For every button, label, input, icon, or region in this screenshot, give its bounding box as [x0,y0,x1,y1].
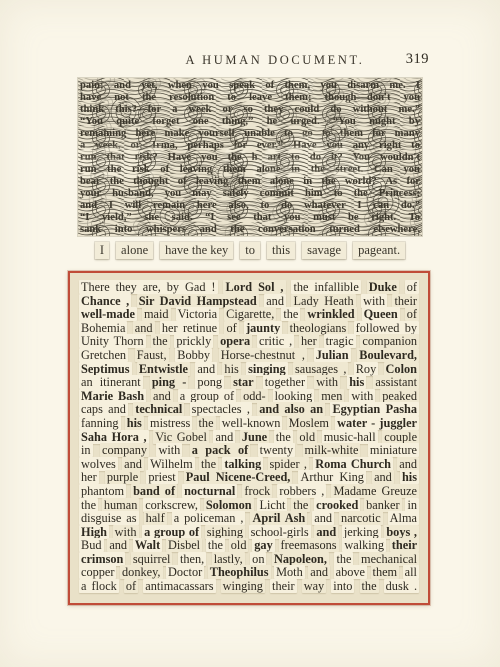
obscured-text: of leaving them [160,164,245,175]
pasted-word-fragment: Chance , [79,294,131,308]
pasted-word-fragment: and also an [257,402,325,416]
pasted-word-fragment: in [405,498,419,512]
pasted-word-fragment: frock [242,484,272,498]
pasted-word-fragment: mistress [148,416,192,430]
pasted-word-fragment: on [250,552,266,566]
pasted-word-fragment: the [334,552,353,566]
pasted-word-fragment: tragic [324,334,356,348]
pasted-word-fragment: of [405,307,419,321]
text-line: “I yield,” she said. “I see that you mus… [78,212,422,224]
pasted-word-fragment: Sir David Hampstead [137,294,259,308]
pasted-word-fragment: and [151,389,173,403]
text-line: an itinerant ping - pong star together w… [79,376,419,390]
pasted-word-fragment: band of [131,484,177,498]
pasted-word-fragment: her [79,470,99,484]
pasted-word-fragment: the [281,307,300,321]
obscured-text: As for [385,176,420,187]
pasted-word-fragment: and [314,525,338,539]
pasted-word-fragment: and [397,457,419,471]
pasted-word-fragment: robbers , [277,484,326,498]
pasted-word-fragment: freemasons [279,538,339,552]
scribble-art-panel: pain; and yet, when you speak of them, y… [78,78,422,236]
text-line: There they are, by Gad ! Lord Sol , the … [79,281,419,295]
pasted-word-fragment: boys , [384,525,419,539]
pasted-word-fragment: milk-white [303,443,361,457]
pasted-word-fragment: Theophilus [208,565,271,579]
pasted-word-fragment: Moslem [287,416,331,430]
pasted-word-fragment: men [319,389,344,403]
pasted-word-fragment: the [360,579,379,593]
pasted-word-fragment: twenty [258,443,295,457]
pasted-word-fragment: Marie Bash [79,389,146,403]
obscured-text: have not the resolution to leave them; t… [80,92,420,103]
pasted-word-fragment: his [400,470,419,484]
pasted-word-fragment: Madame Greuze [331,484,419,498]
pasted-word-fragment: Disbel [166,538,202,552]
top-art-lines: pain; and yet, when you speak of them, y… [78,80,422,236]
pasted-word-fragment: copper [79,565,116,579]
pasted-word-fragment: way [302,579,327,593]
pasted-word-fragment: star [231,375,256,389]
pasted-word-fragment: disguise as [79,511,139,525]
pasted-word-fragment: and [312,511,334,525]
pasted-word-fragment: singing [246,362,288,376]
pasted-word-fragment: her [299,334,319,348]
text-line: her purple priest Paul Nicene-Creed, Art… [79,471,419,485]
pasted-word-fragment: peaked [380,389,419,403]
top-art-block: pain; and yet, when you speak of them, y… [78,78,422,259]
caption-word: this [267,242,295,259]
text-line: disguise as half a policeman , April Ash… [79,512,419,526]
page-number: 319 [406,51,429,68]
pasted-word-fragment: jaunty [244,321,282,335]
pasted-word-fragment: Septimus [79,362,132,376]
pasted-word-fragment: followed by [354,321,419,335]
pasted-word-fragment: fanning [79,416,121,430]
obscured-text: “I yield,” she said. “I see that you mus… [80,212,420,223]
pasted-word-fragment: sausages , [293,362,348,376]
caption-word: to [240,242,260,259]
collage-text-block: There they are, by Gad ! Lord Sol , the … [68,271,430,605]
pasted-word-fragment: Cigarette, [224,307,276,321]
text-line: have not the resolution to leave them; t… [78,92,422,104]
pasted-word-fragment: Saha Hora , [79,430,149,444]
text-line: fanning his mistress the well-known Mosl… [79,417,419,431]
revealed-text-fragment: you speak of them, [202,80,310,91]
pasted-word-fragment: technical [133,402,184,416]
pasted-word-fragment: antimacassars [143,579,215,593]
pasted-word-fragment: the [206,538,225,552]
pasted-word-fragment: into [331,579,354,593]
pasted-word-fragment: and [195,362,217,376]
pasted-word-fragment: well-known [220,416,283,430]
pasted-word-fragment: then, [178,552,206,566]
pasted-word-fragment: the infallible [291,280,360,294]
pasted-word-fragment: spectacles , [190,402,252,416]
pasted-word-fragment: prickly [174,334,213,348]
pasted-word-fragment: and [213,430,235,444]
pasted-word-fragment: their [270,579,297,593]
pasted-word-fragment: companion [360,334,419,348]
pasted-word-fragment: jerking [342,525,381,539]
pasted-word-fragment: their [392,294,419,308]
pasted-word-fragment: and [122,457,144,471]
text-line: caps and technical spectacles , and also… [79,403,419,417]
revealed-text-fragment: Have you [293,140,343,151]
pasted-word-fragment: Entwistle [137,362,190,376]
pasted-word-fragment: opera [218,334,252,348]
pasted-word-fragment: water - juggler [335,416,419,430]
pasted-word-fragment: lastly, [212,552,245,566]
pasted-word-fragment: well-made [79,307,137,321]
caption-word: savage [302,242,346,259]
pasted-word-fragment: Vic Gobel [153,430,209,444]
pasted-word-fragment: Moth [274,565,305,579]
pasted-word-fragment: Victoria [176,307,220,321]
pasted-word-fragment: donkey, [120,565,162,579]
revealed-text-fragment: run the risk [80,164,150,175]
pasted-word-fragment: them [371,565,400,579]
pasted-word-fragment: purple [105,470,140,484]
pasted-word-fragment: Unity Thorn [79,334,146,348]
pasted-word-fragment: Gretchen [79,348,128,362]
pasted-word-fragment: school-girls [249,525,311,539]
obscured-text: your husband, you may safely commit him … [80,188,420,199]
pasted-word-fragment: Doctor [166,565,204,579]
pasted-word-fragment: Roma Church [313,457,393,471]
pasted-word-fragment: the [291,498,310,512]
pasted-word-fragment: assistant [373,375,419,389]
pasted-word-fragment: critic , [257,334,294,348]
pasted-word-fragment: Alma [388,511,419,525]
pasted-word-fragment: squirrel [131,552,173,566]
pasted-word-fragment: Queen [362,307,400,321]
pasted-word-fragment: old [229,538,249,552]
revealed-text-fragment: alone in the street. [256,164,363,175]
obscured-text: h [252,152,258,163]
obscured-text: sank into whispers and the conversation … [80,224,420,235]
pasted-word-fragment: and [372,470,394,484]
caption-word: pageant. [353,242,405,259]
pasted-word-fragment: walking [342,538,386,552]
pasted-word-fragment: with [349,389,375,403]
pasted-word-fragment: company [100,443,149,457]
pasted-word-fragment: the [274,430,293,444]
obscured-text: Have you [168,152,218,163]
pasted-word-fragment: his [125,416,144,430]
text-line: Unity Thorn the prickly opera critic , h… [79,335,419,349]
pasted-word-fragment: crimson [79,552,125,566]
text-line: well-made maid Victoria Cigarette, the w… [79,308,419,322]
revealed-text-fragment: the [228,152,242,163]
pasted-word-fragment: Paul Nicene-Creed, [184,470,293,484]
pasted-word-fragment: with [156,443,182,457]
caption-word: I [95,242,109,259]
text-line: sank into whispers and the conversation … [78,224,422,236]
pasted-word-fragment: High [79,525,109,539]
pasted-word-fragment: couple [382,430,419,444]
pasted-word-fragment: talking [222,457,263,471]
pasted-word-fragment: of [405,280,419,294]
pasted-word-fragment: Duke [367,280,399,294]
revealed-text-fragment: run that risk? [80,152,158,163]
pasted-word-fragment: wrinkled [305,307,356,321]
text-line: phantom band of nocturnal frock robbers … [79,485,419,499]
revealed-text-fragment: art to do it? [268,152,343,163]
pasted-word-fragment: a policeman , [172,511,246,525]
obscured-text: remaining here make yourself unable to g… [80,128,420,139]
pasted-word-fragment: ping - [150,375,188,389]
pasted-word-fragment: maid [142,307,171,321]
pasted-word-fragment: old [297,430,317,444]
pasted-word-fragment: phantom [79,484,126,498]
pasted-word-fragment: human [102,498,139,512]
pasted-word-fragment: Bobby [175,348,212,362]
pasted-word-fragment: wolves [79,457,118,471]
pasted-word-fragment: Faust, [135,348,169,362]
pasted-word-fragment: a group of [142,525,201,539]
obscured-text: think this?—for a week or so they could … [80,104,420,115]
text-line: Gretchen Faust, Bobby Horse-chestnut , J… [79,349,419,363]
pasted-word-fragment: There they are, by Gad ! [79,280,218,294]
text-line: pain; and yet, when you speak of them, y… [78,80,422,92]
text-line: “You quite forget one thing,” he urged. … [78,116,422,128]
pasted-word-fragment: with [361,294,387,308]
pasted-word-fragment: Boulevard, [357,348,419,362]
pasted-word-fragment: Walt [133,538,162,552]
pasted-word-fragment: and [107,538,129,552]
pasted-word-fragment: of [124,579,138,593]
pasted-word-fragment: a flock [79,579,119,593]
obscured-text: “You quite forget one thing,” he urged. … [80,116,420,127]
pasted-word-fragment: miniature [368,443,419,457]
obscured-text: and I will remain here also, to do whate… [80,200,420,211]
pasted-word-fragment: crooked [314,498,360,512]
pasted-word-fragment: half [144,511,167,525]
pasted-word-fragment: and [308,565,330,579]
pasted-word-fragment: gay [252,538,274,552]
pasted-word-fragment: a group of [178,389,236,403]
text-line: think this?—for a week or so they could … [78,104,422,116]
pasted-word-fragment: her retinue [160,321,219,335]
pasted-word-fragment: Lord Sol , [223,280,285,294]
pasted-word-fragment: and [264,294,286,308]
pasted-word-fragment: April Ash [250,511,307,525]
pasted-word-fragment: of [224,321,238,335]
pasted-word-fragment: Horse-chestnut , [219,348,307,362]
pasted-word-fragment: dusk . [384,579,419,593]
text-line: in company with a pack of twenty milk-wh… [79,444,419,458]
pasted-word-fragment: Colon [384,362,419,376]
pasted-word-fragment: pong [195,375,224,389]
pasted-word-fragment: Roy [354,362,379,376]
pasted-word-fragment: June [240,430,269,444]
pasted-word-fragment: Wilhelm [148,457,195,471]
pasted-word-fragment: his [347,375,366,389]
pasted-word-fragment: looking [273,389,315,403]
obscured-text: pain; and yet, when [80,80,192,91]
pasted-word-fragment: winging [221,579,265,593]
pasted-word-fragment: all [403,565,419,579]
pasted-word-fragment: mechanical [359,552,419,566]
obscured-text: You wouldn't [352,152,420,163]
pasted-word-fragment: Licht [257,498,287,512]
obscured-text: bear the thought of leaving them [80,176,261,187]
text-line: a flock of antimacassars winging their w… [79,580,419,594]
caption-word: alone [116,242,153,259]
pasted-word-fragment: theologians [288,321,349,335]
caption-strip: Ialonehave the keytothissavagepageant. [78,242,422,259]
obscured-text: you disarm me. I [320,80,420,91]
pasted-word-fragment: the [199,457,218,471]
pasted-word-fragment: Lady Heath [291,294,355,308]
book-page: A HUMAN DOCUMENT. 319 pain; and yet, whe… [0,0,500,667]
pasted-word-fragment: priest [146,470,177,484]
pasted-word-fragment: sighing [205,525,245,539]
pasted-word-fragment: the [197,416,216,430]
pasted-word-fragment: spider , [268,457,309,471]
pasted-word-fragment: with [113,525,139,539]
pasted-word-fragment: Arthur King [298,470,366,484]
pasted-word-fragment: Julian [314,348,351,362]
pasted-word-fragment: odd- [241,389,268,403]
pasted-word-fragment: the [151,334,170,348]
pasted-word-fragment: in [79,443,93,457]
pasted-word-fragment: Bud [79,538,104,552]
pasted-word-fragment: an itinerant [79,375,143,389]
pasted-word-fragment: corkscrew, [143,498,200,512]
text-line: remaining here make yourself unable to g… [78,128,422,140]
pasted-word-fragment: Napoleon, [272,552,329,566]
obscured-text: Can you [374,164,420,175]
text-line: a week, or, Irma, perhaps for ever.” Hav… [78,140,422,152]
text-line: run the risk of leaving them alone in th… [78,164,422,176]
pasted-word-fragment: a pack of [190,443,250,457]
pasted-word-fragment: the [79,498,98,512]
obscured-text: any right to [353,140,420,151]
altered-book-page: { "header": { "title": "A HUMAN DOCUMENT… [0,0,500,667]
pasted-word-fragment: Bohemia [79,321,127,335]
pasted-word-fragment: his [222,362,240,376]
text-line: Bud and Walt Disbel the old gay freemaso… [79,539,419,553]
text-line: run that risk? Have you the h art to do … [78,152,422,164]
pasted-word-fragment: caps and [79,402,128,416]
running-header-title: A HUMAN DOCUMENT. [100,53,450,68]
revealed-text-fragment: alone in the world? [270,176,377,187]
text-line: bear the thought of leaving them alone i… [78,176,422,188]
text-line: your husband, you may safely commit him … [78,188,422,200]
obscured-text: a week, or, Irma, perhaps for ever.” [80,140,283,151]
pasted-word-fragment: and [133,321,155,335]
pasted-word-fragment: banker [364,498,401,512]
pasted-word-fragment: together [263,375,307,389]
pasted-word-fragment: their [390,538,419,552]
text-line: and I will remain here also, to do whate… [78,200,422,212]
pasted-word-fragment: with [314,375,340,389]
pasted-word-fragment: above [334,565,367,579]
pasted-word-fragment: Solomon [204,498,254,512]
caption-word: have the key [160,242,233,259]
pasted-word-fragment: nocturnal [182,484,237,498]
pasted-word-fragment: Egyptian Pasha [330,402,419,416]
pasted-word-fragment: narcotic [339,511,383,525]
pasted-word-fragment: music-hall [322,430,378,444]
